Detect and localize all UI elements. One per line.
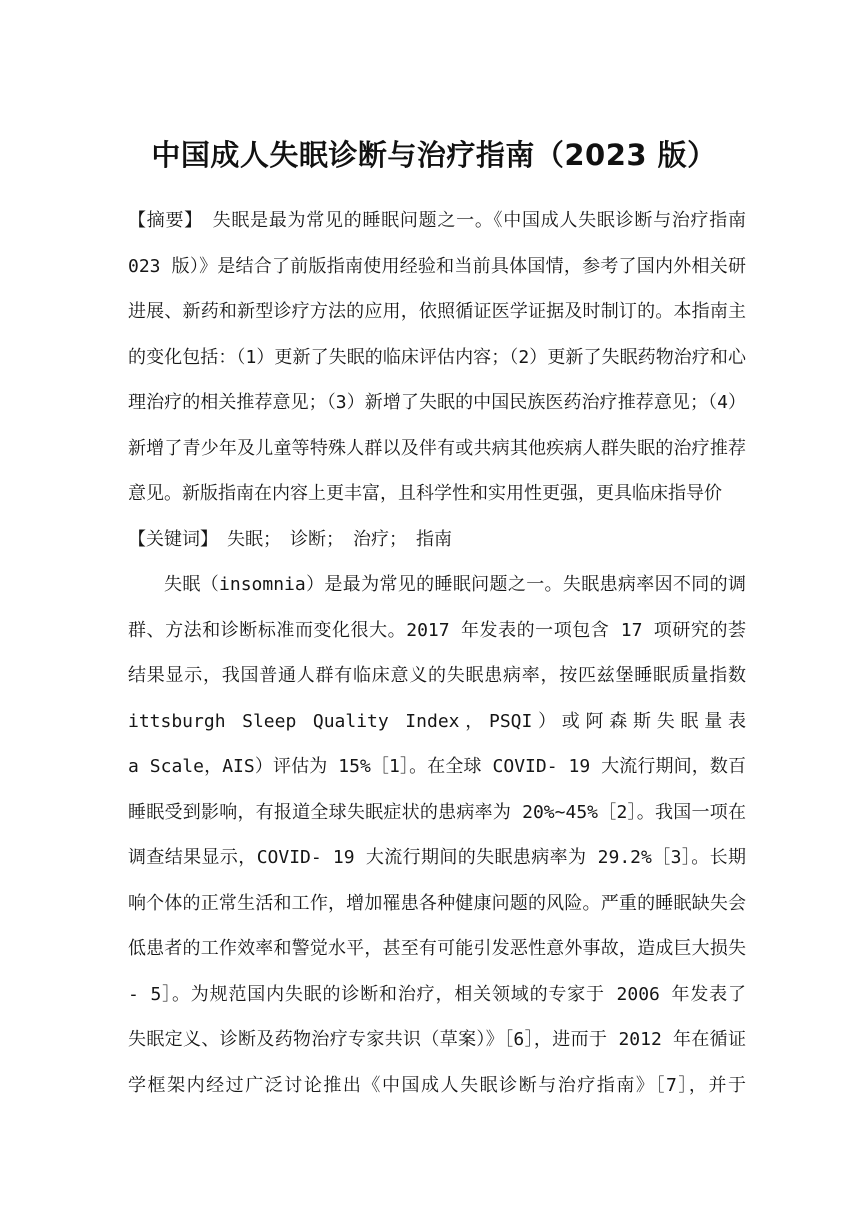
text-line-abstract: 进展、新药和新型诊疗方法的应用，依照循证医学证据及时制订的。本指南主要 <box>128 289 746 335</box>
document-page: 中国成人失眠诊断与治疗指南（2023 版） 【摘要】 失眠是最为常见的睡眠问题之… <box>0 0 868 1228</box>
text-line-body: 失眠（insomnia）是最为常见的睡眠问题之一。失眠患病率因不同的调查人 <box>128 562 746 608</box>
text-line-body: 群、方法和诊断标准而变化很大。2017 年发表的一项包含 17 项研究的荟萃分析 <box>128 608 746 654</box>
text-line-body: 响个体的正常生活和工作，增加罹患各种健康问题的风险。严重的睡眠缺失会降 <box>128 881 746 927</box>
text-line-abstract: 新增了青少年及儿童等特殊人群以及伴有或共病其他疾病人群失眠的治疗推荐 <box>128 426 746 472</box>
text-line-abstract: 023 版）》是结合了前版指南使用经验和当前具体国情，参考了国内外相关研究 <box>128 244 746 290</box>
text-line-abstract: 【摘要】 失眠是最为常见的睡眠问题之一。《中国成人失眠诊断与治疗指南（2 <box>128 198 746 244</box>
text-line-abstract: 意见。新版指南在内容上更丰富，且科学性和实用性更强，更具临床指导价值。 <box>128 471 746 517</box>
text-line-body: 低患者的工作效率和警觉水平，甚至有可能引发恶性意外事故，造成巨大损失［4 <box>128 926 746 972</box>
text-line-body: ittsburgh Sleep Quality Index，PSQI）或阿森斯失… <box>128 699 746 745</box>
text-line-abstract: 理治疗的相关推荐意见；（3）新增了失眠的中国民族医药治疗推荐意见；（4） <box>128 380 746 426</box>
text-line-body: a Scale，AIS）评估为 15%［1］。在全球 COVID- 19 大流行… <box>128 744 746 790</box>
text-line-body: - 5］。为规范国内失眠的诊断和治疗，相关领域的专家于 2006 年发表了《中国 <box>128 972 746 1018</box>
text-line-body: 结果显示，我国普通人群有临床意义的失眠患病率，按匹兹堡睡眠质量指数（P <box>128 653 746 699</box>
page-title: 中国成人失眠诊断与治疗指南（2023 版） <box>0 133 868 174</box>
text-line-keywords: 【关键词】 失眠； 诊断； 治疗； 指南 <box>128 517 746 563</box>
text-line-body: 调查结果显示，COVID- 19 大流行期间的失眠患病率为 29.2%［3］。长… <box>128 835 746 881</box>
document-body: 【摘要】 失眠是最为常见的睡眠问题之一。《中国成人失眠诊断与治疗指南（2023 … <box>128 198 746 1108</box>
text-line-abstract: 的变化包括：（1）更新了失眠的临床评估内容；（2）更新了失眠药物治疗和心 <box>128 335 746 381</box>
text-line-body: 睡眠受到影响，有报道全球失眠症状的患病率为 20%~45%［2］。我国一项在线 <box>128 790 746 836</box>
text-line-body: 失眠定义、诊断及药物治疗专家共识（草案）》［6］，进而于 2012 年在循证医 <box>128 1017 746 1063</box>
text-line-body: 学框架内经过广泛讨论推出《中国成人失眠诊断与治疗指南》［7］，并于 2018 <box>128 1063 746 1109</box>
